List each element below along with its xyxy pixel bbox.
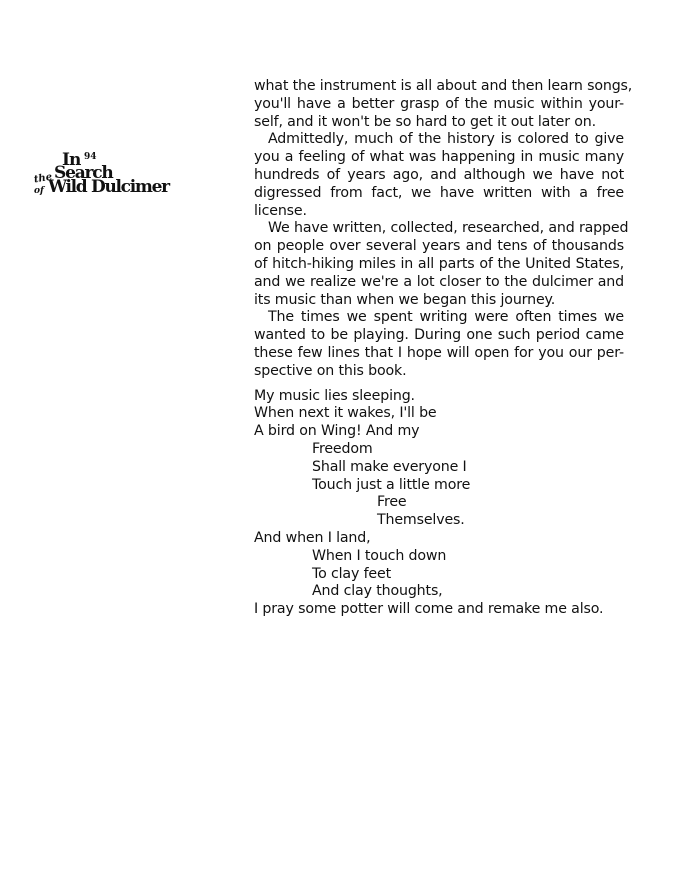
text-line: you a feeling of what was happening in m… [254, 149, 624, 167]
paragraph: The times we spent writing were often ti… [254, 309, 624, 380]
text-line: on people over several years and tens of… [254, 238, 624, 256]
text-line: what the instrument is all about and the… [254, 78, 624, 96]
prose-body: what the instrument is all about and the… [254, 78, 624, 381]
text-line: wanted to be playing. During one such pe… [254, 327, 624, 345]
logo-ornament-of: of [34, 187, 44, 196]
text-line: of hitch-hiking miles in all parts of th… [254, 256, 624, 274]
poem-line: My music lies sleeping. [254, 388, 624, 406]
text-line: digressed from fact, we have written wit… [254, 185, 624, 203]
text-line: these few lines that I hope will open fo… [254, 345, 624, 363]
paragraph: We have written, collected, researched, … [254, 220, 624, 309]
text-line: self, and it won't be so hard to get it … [254, 114, 624, 132]
paragraph: Admittedly, much of the history is color… [254, 131, 624, 220]
text-line: you'll have a better grasp of the music … [254, 96, 624, 114]
poem-line: Freedom [254, 441, 624, 459]
poem-line: Shall make everyone I [254, 459, 624, 477]
text-line: spective on this book. [254, 363, 624, 381]
poem-line: Free [254, 494, 624, 512]
text-column: what the instrument is all about and the… [254, 78, 624, 619]
poem-line: When I touch down [254, 548, 624, 566]
poem-line: Touch just a little more [254, 477, 624, 495]
poem-line: And when I land, [254, 530, 624, 548]
text-line: Admittedly, much of the history is color… [254, 131, 624, 149]
poem-line: I pray some potter will come and remake … [254, 601, 624, 619]
poem-line: A bird on Wing! And my [254, 423, 624, 441]
paragraph: what the instrument is all about and the… [254, 78, 624, 131]
page-number: 94 [84, 153, 97, 162]
text-line: We have written, collected, researched, … [254, 220, 624, 238]
poem-line: To clay feet [254, 566, 624, 584]
text-line: its music than when we began this journe… [254, 292, 624, 310]
poem: My music lies sleeping.When next it wake… [254, 388, 624, 619]
text-line: The times we spent writing were often ti… [254, 309, 624, 327]
poem-line: Themselves. [254, 512, 624, 530]
text-line: and we realize we're a lot closer to the… [254, 274, 624, 292]
text-line: hundreds of years ago, and although we h… [254, 167, 624, 185]
poem-line: And clay thoughts, [254, 583, 624, 601]
text-line: license. [254, 203, 624, 221]
logo-words-wild-dulcimer: Wild Dulcimer [48, 179, 169, 196]
poem-line: When next it wakes, I'll be [254, 405, 624, 423]
book-title-logo: In 94 Search the of Wild Dulcimer [34, 152, 184, 204]
